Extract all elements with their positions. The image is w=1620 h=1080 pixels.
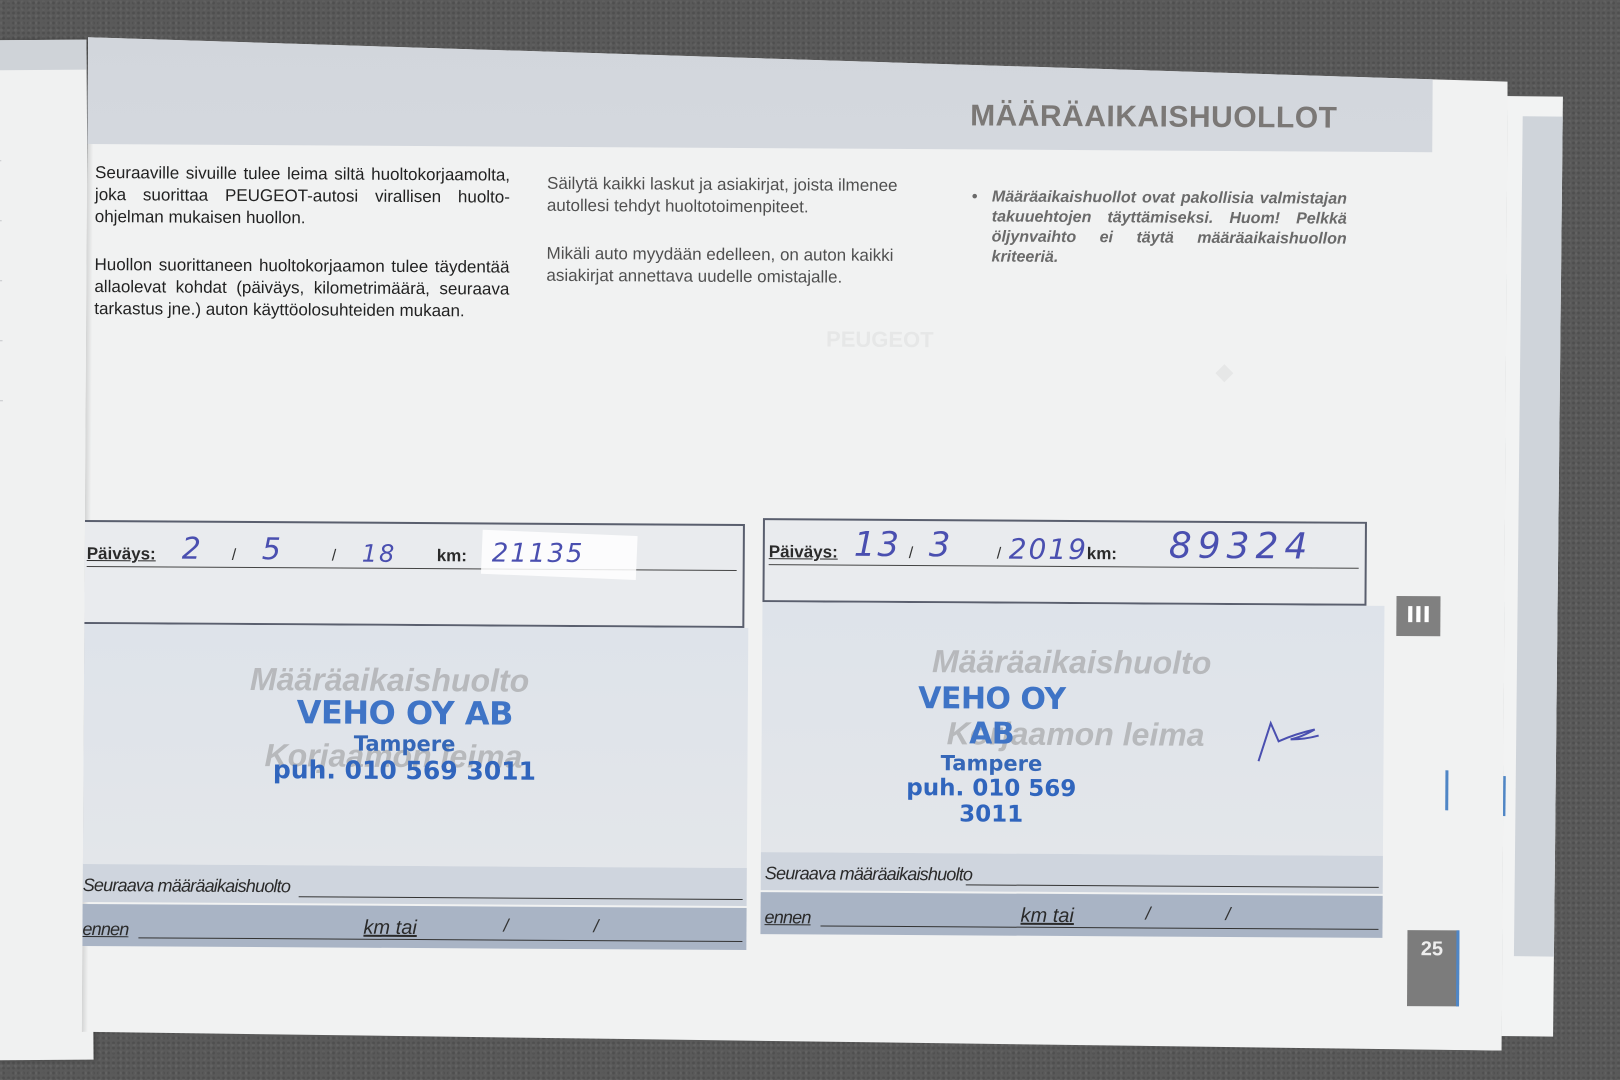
stamp-city: Tampere xyxy=(891,751,1091,776)
rule-line xyxy=(0,400,3,401)
date-month-field[interactable]: 5 xyxy=(262,532,283,567)
date-separator: / xyxy=(1226,904,1231,925)
blue-edge-marker xyxy=(1445,770,1448,810)
section-tab: III xyxy=(1396,596,1440,636)
intro-column-2: Säilytä kaikki laskut ja asiakirjat, joi… xyxy=(546,173,942,315)
date-label: Päiväys: xyxy=(87,544,156,564)
next-page-band xyxy=(1514,116,1563,956)
date-day-field[interactable]: 2 xyxy=(182,532,203,567)
rule-line xyxy=(0,220,2,221)
before-label: ennen xyxy=(764,907,810,928)
date-separator: / xyxy=(232,547,237,565)
km-label: km: xyxy=(1087,544,1117,564)
rule-line xyxy=(0,280,2,281)
km-field[interactable]: 89324 xyxy=(1169,526,1314,568)
km-field[interactable]: 21135 xyxy=(492,538,585,569)
next-service-label: Seuraava määräaikaishuolto xyxy=(765,863,972,885)
manual-page: MÄÄRÄAIKAISHUOLLOT Seuraaville sivuille … xyxy=(82,22,1508,1051)
page-header-band: MÄÄRÄAIKAISHUOLLOT xyxy=(87,22,1433,152)
next-service-line[interactable] xyxy=(966,884,1379,888)
date-label: Päiväys: xyxy=(769,542,838,562)
workshop-stamp: VEHO OY AB Tampere puh. 010 569 3011 xyxy=(269,693,540,786)
before-line[interactable] xyxy=(820,925,1378,930)
date-year-field[interactable]: 18 xyxy=(362,540,397,568)
date-separator: / xyxy=(593,916,598,937)
date-separator: / xyxy=(503,916,508,937)
intro-paragraph: Seuraaville sivuille tulee leima siltä h… xyxy=(95,162,510,231)
page-title: MÄÄRÄAIKAISHUOLLOT xyxy=(970,99,1338,135)
stamp-company: VEHO OY AB xyxy=(270,693,540,733)
before-label: ennen xyxy=(82,919,128,940)
date-km-box: Päiväys: 2 / 5 / 18 km: 21135 xyxy=(80,520,745,628)
intro-paragraph: Mikäli auto myydään edelleen, on auton k… xyxy=(546,243,941,289)
date-row: Päiväys: 2 / 5 / 18 km: 21135 xyxy=(87,536,737,571)
intro-paragraph: Huollon suorittaneen huoltokorjaamon tul… xyxy=(94,254,509,323)
ghost-title-text: Määräaikaishuolto xyxy=(932,643,1211,682)
stamp-phone: puh. 010 569 3011 xyxy=(891,775,1091,828)
next-service-row: Seuraava määräaikaishuolto xyxy=(79,864,747,906)
previous-page-header-band xyxy=(0,40,87,71)
next-service-row: Seuraava määräaikaishuolto xyxy=(761,852,1383,894)
date-separator: / xyxy=(1146,903,1151,924)
date-separator: / xyxy=(909,545,914,563)
warranty-note: Määräaikaishuollot ovat pakollisia valmi… xyxy=(992,188,1347,270)
faint-logo-watermark: PEUGEOT xyxy=(826,327,934,354)
intro-paragraph: Säilytä kaikki laskut ja asiakirjat, joi… xyxy=(547,173,942,219)
date-year-field[interactable]: 2019 xyxy=(1009,533,1088,566)
intro-column-1: Seuraaville sivuille tulee leima siltä h… xyxy=(94,162,510,349)
date-month-field[interactable]: 3 xyxy=(929,525,953,565)
next-service-label: Seuraava määräaikaishuolto xyxy=(83,875,290,897)
stamp-phone: puh. 010 569 3011 xyxy=(269,755,539,786)
stamp-company: VEHO OY AB xyxy=(892,681,1092,752)
stamp-area: Määräaikaishuolto Korjaamon leima VEHO O… xyxy=(79,624,748,868)
rule-line xyxy=(0,340,3,341)
km-label: km: xyxy=(437,546,467,566)
date-separator: / xyxy=(997,546,1002,564)
faint-logo-watermark: ◆ xyxy=(1216,359,1233,385)
signature-mark xyxy=(1256,715,1336,765)
previous-page-edge xyxy=(0,40,94,1061)
before-row: ennen km tai / / xyxy=(760,892,1382,938)
page-number: 25 xyxy=(1407,930,1459,1006)
next-service-line[interactable] xyxy=(299,896,743,900)
date-day-field[interactable]: 13 xyxy=(854,525,902,565)
stamp-area: Määräaikaishuolto Korjaamon leima VEHO O… xyxy=(761,602,1385,856)
before-line[interactable] xyxy=(138,937,742,942)
km-or-label: km tai xyxy=(363,917,416,940)
bullet-icon: • xyxy=(972,187,978,207)
date-km-box: Päiväys: 13 / 3 / 2019 km: 89324 xyxy=(762,518,1367,606)
intro-column-3: • Määräaikaishuollot ovat pakollisia val… xyxy=(972,187,1347,269)
rule-line xyxy=(0,160,1,161)
date-separator: / xyxy=(332,547,337,565)
service-entry-2: Päiväys: 13 / 3 / 2019 km: 89324 Määräai… xyxy=(760,518,1433,947)
km-or-label: km tai xyxy=(1020,905,1073,928)
service-entry-1: Päiväys: 2 / 5 / 18 km: 21135 Määräaikai… xyxy=(78,520,751,949)
workshop-stamp: VEHO OY AB Tampere puh. 010 569 3011 xyxy=(891,681,1092,828)
before-row: ennen km tai / / xyxy=(78,904,746,950)
date-row: Päiväys: 13 / 3 / 2019 km: 89324 xyxy=(769,534,1359,569)
stamp-city: Tampere xyxy=(270,731,540,757)
